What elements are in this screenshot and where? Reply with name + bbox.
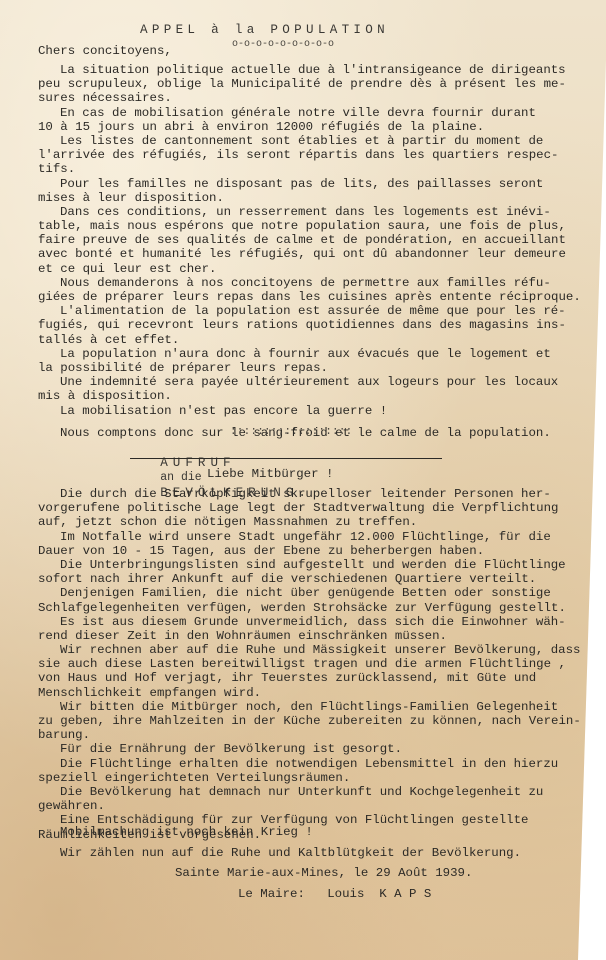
german-line: Die Bevölkerung hat demnach nur Unterkun…	[38, 785, 606, 799]
french-line: et ce qui leur est cher.	[38, 262, 598, 276]
french-line: mis à disposition.	[38, 389, 598, 403]
french-line: L'alimentation de la population est assu…	[38, 304, 598, 318]
german-body: Die durch die Starrköpfigkeit skrupellos…	[38, 487, 606, 842]
german-line: Menschlichkeit empfangen wird.	[38, 686, 606, 700]
german-closing-2: Wir zählen nun auf die Ruhe und Kaltblüt…	[60, 846, 521, 860]
french-line: En cas de mobilisation générale notre vi…	[38, 106, 598, 120]
section-separator: ::::::::::::::::::	[230, 425, 352, 439]
french-line: table, mais nous espérons que notre popu…	[38, 219, 598, 233]
french-line: faire preuve de ses qualités de calme et…	[38, 233, 598, 247]
mayor-signature: Le Maire: Louis K A P S	[238, 887, 431, 901]
german-line: Es ist aus diesem Grunde unvermeidlich, …	[38, 615, 606, 629]
french-line: fugiés, qui recevront leurs rations quot…	[38, 318, 598, 332]
german-line: sofort nach ihrer Ankunft auf die versch…	[38, 572, 606, 586]
german-line: Für die Ernährung der Bevölkerung ist ge…	[38, 742, 606, 756]
proclamation-document: APPEL à la POPULATION o-o-o-o-o-o-o-o-o …	[0, 0, 606, 960]
german-title-mid: an die	[160, 471, 201, 484]
place-and-date: Sainte Marie-aux-Mines, le 29 Août 1939.	[175, 866, 472, 880]
german-line: rend dieser Zeit in den Wohnräumen einsc…	[38, 629, 606, 643]
german-line: speziell eingerichteten Verteilungsräume…	[38, 771, 606, 785]
french-line: giées de préparer leurs repas dans les c…	[38, 290, 598, 304]
german-line: zu geben, ihre Mahlzeiten in der Küche z…	[38, 714, 606, 728]
german-line: von Haus und Hof verjagt, ihr Teuerstes …	[38, 671, 606, 685]
french-line: sures nécessaires.	[38, 91, 598, 105]
french-line: avec bonté et humanité les réfugiés, qui…	[38, 247, 598, 261]
german-line: Im Notfalle wird unsere Stadt ungefähr 1…	[38, 530, 606, 544]
german-line: sie auch diese Lasten bereitwilligst tra…	[38, 657, 606, 671]
french-line: la possibilité de préparer leurs repas.	[38, 361, 598, 375]
french-line: La population n'aura donc à fournir aux …	[38, 347, 598, 361]
french-line: 10 à 15 jours un abri à environ 12000 ré…	[38, 120, 598, 134]
german-line: Dauer von 10 - 15 Tagen, aus der Ebene z…	[38, 544, 606, 558]
german-line: Die Unterbringungslisten sind aufgestell…	[38, 558, 606, 572]
german-title-underline	[130, 458, 442, 459]
german-line: barung.	[38, 728, 606, 742]
french-line: mises à leur disposition.	[38, 191, 598, 205]
french-line: Pour les familles ne disposant pas de li…	[38, 177, 598, 191]
french-line: Dans ces conditions, un resserrement dan…	[38, 205, 598, 219]
german-line: Die Flüchtlinge erhalten die notwendigen…	[38, 757, 606, 771]
french-line: Nous demanderons à nos concitoyens de pe…	[38, 276, 598, 290]
german-line: auf, jetzt schon die nötigen Massnahmen …	[38, 515, 606, 529]
german-line: Denjenigen Familien, die nicht über genü…	[38, 586, 606, 600]
german-line: Wir rechnen aber auf die Ruhe und Mässig…	[38, 643, 606, 657]
french-salutation: Chers concitoyens,	[38, 44, 172, 58]
french-line: Les listes de cantonnement sont établies…	[38, 134, 598, 148]
german-closing-1: Mobilmachung ist noch kein Krieg !	[60, 825, 313, 839]
french-line: La mobilisation n'est pas encore la guer…	[38, 404, 598, 418]
german-line: Schlafgelegenheiten verfügen, werden Str…	[38, 601, 606, 615]
french-title: APPEL à la POPULATION	[140, 23, 389, 37]
german-greeting: Liebe Mitbürger !	[207, 467, 333, 481]
french-line: l'arrivée des réfugiés, ils seront répar…	[38, 148, 598, 162]
french-body: La situation politique actuelle due à l'…	[38, 63, 598, 440]
french-line: tallés à cet effet.	[38, 333, 598, 347]
german-line: Die durch die Starrköpfigkeit skrupellos…	[38, 487, 606, 501]
german-line: Wir bitten die Mitbürger noch, den Flüch…	[38, 700, 606, 714]
title-ornament: o-o-o-o-o-o-o-o-o	[232, 38, 334, 52]
french-line: Une indemnité sera payée ultérieurement …	[38, 375, 598, 389]
french-line: peu scrupuleux, oblige la Municipalité d…	[38, 77, 598, 91]
french-line: tifs.	[38, 162, 598, 176]
german-line: gewähren.	[38, 799, 606, 813]
french-line: La situation politique actuelle due à l'…	[38, 63, 598, 77]
german-line: vorgerufene politische Lage legt der Sta…	[38, 501, 606, 515]
